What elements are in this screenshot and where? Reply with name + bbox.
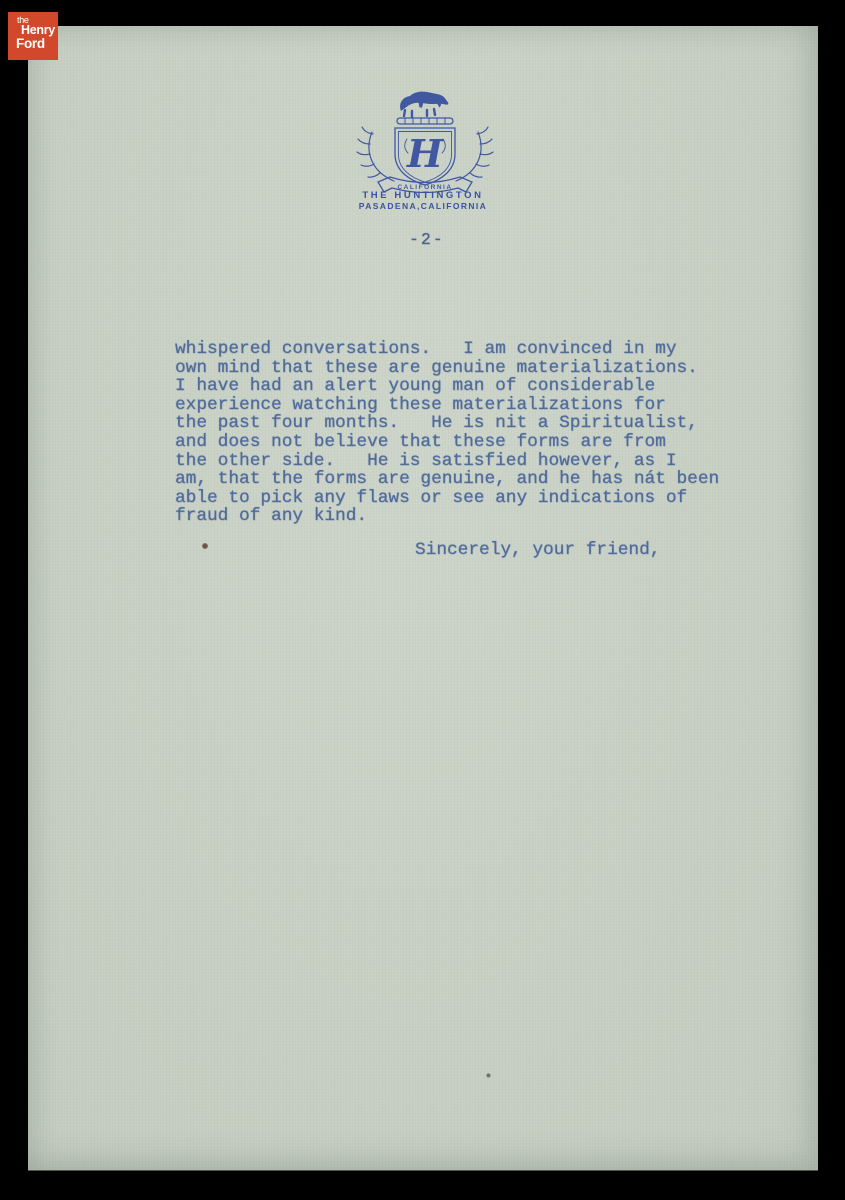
laurel-left-icon [357,127,394,181]
bear-icon [400,92,448,117]
scanned-letter-page: the Henry Ford [0,0,845,1200]
letter-line: the other side. He is satisfied however,… [175,452,719,471]
letter-line: whispered conversations. I am convinced … [175,340,719,359]
paper-speck [202,543,208,549]
henry-ford-logo-ford: Ford [16,37,45,51]
letter-line: and does not believe that these forms ar… [175,433,719,452]
henry-ford-logo: the Henry Ford [8,12,58,60]
letter-line: am, that the forms are genuine, and he h… [175,470,719,489]
letter-line: fraud of any kind. [175,507,719,526]
henry-ford-logo-henry: Henry [21,24,55,37]
letter-line: own mind that these are genuine material… [175,359,719,378]
letter-line: I have had an alert young man of conside… [175,377,719,396]
letterhead-name: THE HUNTINGTON [263,190,583,201]
torse-icon [397,118,453,124]
letter-closing: Sincerely, your friend, [415,540,660,560]
letterhead-location: PASADENA,CALIFORNIA [263,201,583,211]
letter-line: able to pick any flaws or see any indica… [175,489,719,508]
letter-line: experience watching these materializatio… [175,396,719,415]
page-number: -2- [409,230,445,249]
monogram-h: H [406,131,444,176]
letter-line: the past four months. He is nit a Spirit… [175,414,719,433]
letter-body: whispered conversations. I am convinced … [175,340,719,526]
laurel-right-icon [456,127,493,181]
paper-speck [486,1073,491,1078]
